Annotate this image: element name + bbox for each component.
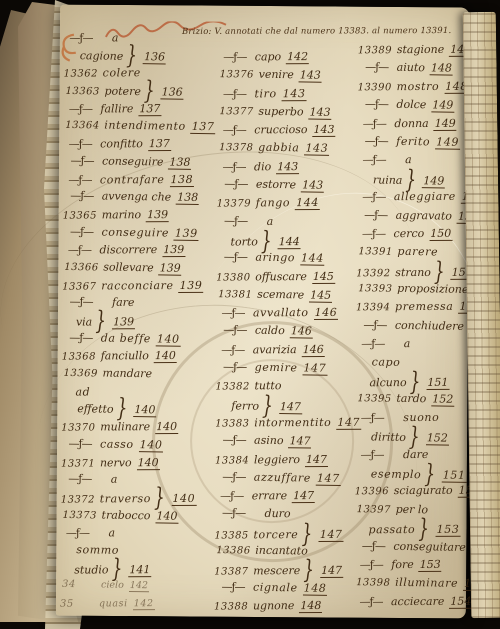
entry-word: fare <box>112 296 135 309</box>
index-entry: —ƒ—acciecare154 <box>354 592 466 611</box>
entry-word: racconciare <box>101 279 174 292</box>
entry-word: intendimento <box>104 119 186 133</box>
index-entry: —ƒ—conchiudere151 <box>358 316 470 336</box>
entry-word: scemare <box>257 288 304 302</box>
entry-page-number: 140 <box>139 438 164 452</box>
entry-word: proposizione <box>397 282 468 296</box>
entry-word: intormentito <box>254 416 331 429</box>
entry-word: ruina <box>373 173 403 186</box>
entry-word: torcere <box>253 528 298 541</box>
index-entry: —ƒ—fore153 <box>354 556 466 575</box>
ditto-mark-icon: —ƒ— <box>218 248 252 267</box>
index-entry: —ƒ—gemire147 <box>217 358 359 379</box>
entry-page-number: 143 <box>276 160 299 174</box>
entry-word: esemplo <box>371 467 422 481</box>
index-entry: —ƒ—fare <box>64 293 232 313</box>
entry-page-number: 136 <box>161 85 184 99</box>
entry-page-number: 147 <box>288 434 311 448</box>
ditto-mark-icon: —ƒ— <box>63 435 97 453</box>
entry-number: 13373 <box>62 506 98 524</box>
entry-word: leggiero <box>254 453 300 466</box>
entry-word: trabocco <box>101 508 150 522</box>
entry-page-number: 151 <box>442 469 467 483</box>
entry-word: studio <box>74 563 108 576</box>
index-entry: —ƒ—ferito149 <box>359 132 471 152</box>
entry-number: 13388 <box>214 598 250 616</box>
entry-page-number: 139 <box>162 243 185 257</box>
entry-word: effetto <box>77 403 113 417</box>
entry-word: da beffe <box>101 331 151 345</box>
entry-number: 35 <box>60 595 96 613</box>
index-entry: 13397per lo <box>356 500 468 520</box>
entry-word: azzuffare <box>254 470 311 484</box>
entry-page-number: 143 <box>301 178 324 192</box>
entry-word: stagione <box>397 43 444 56</box>
entry-word: aringo <box>255 251 295 265</box>
index-entry: 13373trabocco140 <box>62 505 230 525</box>
ditto-mark-icon: —ƒ— <box>356 335 390 354</box>
index-entry: 13378gabbia143 <box>219 139 361 160</box>
entry-word: ferito <box>396 135 430 149</box>
index-entry: —ƒ—aggravato150 <box>359 206 471 226</box>
entry-page-number: 148 <box>299 599 322 613</box>
ditto-mark-icon: —ƒ— <box>357 115 391 134</box>
entry-page-number: 152 <box>431 393 454 407</box>
entry-page-number: 142 <box>286 50 309 64</box>
entry-page-number: 140 <box>171 492 196 506</box>
index-entry: —ƒ—cignale148 <box>216 578 358 599</box>
index-entry: 13382tutto <box>215 377 357 396</box>
entry-word: dolce <box>396 98 426 111</box>
entry-page-number: 138 <box>168 155 191 169</box>
ditto-mark-icon: —ƒ— <box>217 431 251 450</box>
ditto-mark-icon: —ƒ— <box>357 188 391 207</box>
entry-page-number: 139 <box>146 208 169 222</box>
entry-word: mandare <box>102 367 152 381</box>
entry-page-number: 147 <box>279 400 302 414</box>
entry-number: 13364 <box>65 117 101 135</box>
entry-word: traverso <box>100 492 151 505</box>
entry-page-number: 146 <box>302 343 325 357</box>
index-entry: alcuno}151 <box>355 372 467 391</box>
entry-word: incantato <box>255 544 308 558</box>
entry-word: ad <box>75 385 90 398</box>
entry-word: avvenga che <box>102 190 172 204</box>
index-entry: 13376venire143 <box>220 65 362 86</box>
entry-page-number: 147 <box>305 452 328 466</box>
entry-word: offuscare <box>255 270 307 283</box>
entry-word: ugnone <box>253 599 295 612</box>
entry-word: casso <box>100 437 134 451</box>
index-entry: —ƒ—alleggiare149 <box>357 188 469 207</box>
entry-page-number: 137 <box>138 102 161 116</box>
entry-word: superbo <box>258 105 303 119</box>
index-entry: effetto}140 <box>63 399 231 419</box>
entry-page-number: 147 <box>292 489 315 503</box>
entry-word: mulinare <box>100 420 150 433</box>
entry-page-number: 144 <box>300 252 325 266</box>
entry-page-number: 138 <box>176 191 199 205</box>
index-entry: 13398illuminare154 <box>356 574 468 594</box>
entry-word: duro <box>264 507 290 520</box>
entry-word: venire <box>259 68 294 82</box>
entry-page-number: 145 <box>312 269 335 283</box>
entry-page-number: 141 <box>128 563 151 577</box>
entry-word: capo <box>255 50 281 63</box>
index-entry: 13366sollevare139 <box>64 258 232 278</box>
index-entry: 35quasi142 <box>60 595 228 614</box>
entry-page-number: 140 <box>133 403 156 417</box>
ditto-mark-icon: —ƒ— <box>64 293 98 311</box>
entry-page-number: 139 <box>174 226 199 240</box>
ditto-mark-icon: —ƒ— <box>65 152 99 170</box>
index-entry: 13367racconciare139 <box>62 276 230 295</box>
entry-page-number: 142 <box>129 580 149 592</box>
index-entry: ferro}147 <box>217 395 359 416</box>
index-entry: —ƒ—donna149 <box>357 114 469 133</box>
entry-word: nervo <box>100 456 132 469</box>
entry-number: 13363 <box>65 83 101 101</box>
index-entry: —ƒ—a <box>60 524 228 543</box>
entry-word: sciagurato <box>394 484 453 497</box>
index-entry: —ƒ—conseguire138 <box>65 152 233 172</box>
entry-word: gemire <box>255 361 298 375</box>
entry-word: colere <box>103 67 141 80</box>
index-entry: —ƒ—estorre143 <box>219 175 361 196</box>
entry-page-number: 153 <box>436 523 461 537</box>
entry-page-number: 139 <box>159 261 182 275</box>
entry-page-number: 140 <box>137 456 160 470</box>
ditto-mark-icon: —ƒ— <box>60 525 94 543</box>
entry-number: 13386 <box>216 542 252 561</box>
index-column-center: —ƒ—capo14213376venire143—ƒ—tiro14313377s… <box>214 48 360 616</box>
index-entry: 13396sciagurato152 <box>355 482 467 501</box>
entry-page-number: 139 <box>112 315 135 329</box>
index-entry: passato}153 <box>354 519 466 538</box>
entry-word: contrafare <box>100 173 165 186</box>
index-entry: —ƒ—da beffe140 <box>64 329 232 349</box>
ditto-mark-icon: —ƒ— <box>217 85 251 103</box>
entry-word: conchiudere <box>395 319 464 333</box>
index-entry: —ƒ—cruccioso143 <box>217 121 359 140</box>
entry-word: conseguire <box>101 225 169 239</box>
ditto-mark-icon: —ƒ— <box>354 556 388 575</box>
entry-page-number: 140 <box>154 349 177 363</box>
index-entry: esemplo}151 <box>357 463 469 483</box>
entry-word: cruccioso <box>254 123 307 136</box>
index-entry: 13388ugnone148 <box>214 597 356 616</box>
entry-word: conseguitare <box>393 539 466 553</box>
entry-number: 13395 <box>357 391 393 410</box>
index-entry: —ƒ—a <box>63 470 231 490</box>
ditto-mark-icon: —ƒ— <box>216 578 250 597</box>
entry-word: aggravato <box>396 208 452 222</box>
entry-page-number: 137 <box>148 137 171 151</box>
entry-page-number: 148 <box>430 62 453 76</box>
entry-number: 13369 <box>63 365 99 383</box>
entry-word: cielo <box>101 580 124 591</box>
ditto-mark-icon: —ƒ— <box>219 175 253 194</box>
entry-word: via <box>76 315 92 328</box>
ditto-mark-icon: —ƒ— <box>360 59 394 78</box>
entry-page-number: 143 <box>308 105 331 119</box>
entry-page-number: 152 <box>426 431 449 445</box>
ditto-mark-icon: —ƒ— <box>218 212 252 231</box>
index-entry: —ƒ—azzuffare147 <box>217 468 359 489</box>
ditto-mark-icon: —ƒ— <box>356 537 390 556</box>
index-column-left: —ƒ—acagione}13613362colere13363potere}13… <box>60 29 232 614</box>
ditto-mark-icon: —ƒ— <box>356 225 390 244</box>
index-entry: 34cielo142 <box>62 576 230 596</box>
index-entry: 13364intendimento137 <box>65 116 233 136</box>
entry-word: sollevare <box>103 260 154 274</box>
index-entry: —ƒ—contrafare138 <box>63 170 231 189</box>
entry-word: passato <box>368 523 415 536</box>
entry-page-number: 142 <box>133 598 155 610</box>
index-entry: —ƒ—confitto137 <box>63 135 231 154</box>
index-entry: —ƒ—errare147 <box>215 487 357 506</box>
entry-word: a <box>404 337 411 350</box>
ditto-mark-icon: —ƒ— <box>359 132 393 151</box>
index-entry: 13392strano}151 <box>356 261 468 280</box>
index-entry: 13387mescere}147 <box>214 560 356 579</box>
entry-word: diritto <box>371 431 406 445</box>
index-entry: —ƒ—dolce149 <box>359 95 471 115</box>
entry-word: tardo <box>396 392 426 405</box>
entry-page-number: 148 <box>303 581 328 595</box>
index-entry: —ƒ—avvenga che138 <box>65 187 233 207</box>
index-entry: —ƒ—a <box>64 29 232 48</box>
index-entry: 13363potere}136 <box>65 81 233 101</box>
index-entry: —ƒ—asino147 <box>217 431 359 452</box>
ditto-mark-icon: —ƒ— <box>63 136 97 154</box>
manuscript-page: Brizio: V. annotati che dal numero 13383… <box>56 5 470 619</box>
index-entry: diritto}152 <box>357 426 469 446</box>
entry-page-number: 143 <box>312 123 335 137</box>
index-entry: —ƒ—casso140 <box>63 435 231 455</box>
index-entry: —ƒ—duro <box>216 505 358 526</box>
entry-page-number: 147 <box>320 564 343 578</box>
ditto-mark-icon: —ƒ— <box>217 358 251 377</box>
entry-word: discorrere <box>99 243 157 256</box>
index-entry: 13377superbo143 <box>219 102 361 123</box>
entry-word: avarizia <box>253 343 297 356</box>
entry-page-number: 147 <box>302 361 327 375</box>
entry-word: mostro <box>397 80 440 93</box>
entry-word: quasi <box>99 598 128 609</box>
entry-word: donna <box>394 117 428 130</box>
entry-word: potere <box>104 85 141 99</box>
ditto-mark-icon: —ƒ— <box>359 95 393 114</box>
entry-word: caldo <box>255 324 285 337</box>
index-entry: 13390mostro148 <box>358 78 470 97</box>
index-entry: 13368fanciullo140 <box>62 347 230 366</box>
entry-page-number: 145 <box>309 288 332 302</box>
ditto-mark-icon: —ƒ— <box>358 316 392 335</box>
index-entry: 13386incantato <box>216 541 358 562</box>
ditto-mark-icon: —ƒ— <box>357 152 391 171</box>
entry-word: confitto <box>100 137 143 150</box>
index-entry: 13372traverso}140 <box>61 489 229 508</box>
index-entry: 13393proposizione151 <box>358 279 470 299</box>
entry-word: a <box>111 473 118 486</box>
entry-word: strano <box>395 266 431 279</box>
entry-page-number: 140 <box>156 332 181 346</box>
index-entry: —ƒ—aringo144 <box>218 248 360 269</box>
index-entry: 13391parere <box>358 242 470 262</box>
entry-page-number: 144 <box>295 196 320 210</box>
entry-page-number: 140 <box>155 509 178 523</box>
ditto-mark-icon: —ƒ— <box>63 470 97 488</box>
index-entry: studio}141 <box>60 559 228 578</box>
index-entry: —ƒ—cerco150 <box>356 225 468 244</box>
ditto-mark-icon: —ƒ— <box>218 48 252 66</box>
index-entry: —ƒ—dio143 <box>217 158 359 177</box>
entry-word: acciecare <box>391 595 444 608</box>
entry-number: 13381 <box>218 286 254 305</box>
entry-word: gabbia <box>258 141 300 155</box>
entry-word: fore <box>391 558 414 571</box>
entry-number: 13376 <box>219 66 255 85</box>
entry-page-number: 138 <box>169 172 194 186</box>
entry-page-number: 143 <box>304 142 329 156</box>
index-entry: —ƒ—aiuto148 <box>360 59 472 79</box>
entry-page-number: 151 <box>426 376 449 390</box>
entry-page-number: 139 <box>179 279 204 293</box>
entry-number: 13393 <box>358 280 394 299</box>
book-fore-edge-pages <box>463 12 500 618</box>
index-entry: cagione}136 <box>66 46 234 66</box>
entry-number: 13397 <box>356 501 392 520</box>
ditto-mark-icon: —ƒ— <box>355 409 389 428</box>
entry-page-number: 147 <box>319 528 344 542</box>
index-entry: 13379fango144 <box>217 194 359 213</box>
index-entry: ruina}149 <box>359 169 471 189</box>
index-entry: —ƒ—capo142 <box>218 48 360 67</box>
index-entry: 13383intormentito147 <box>215 414 357 433</box>
entry-word: illuminare <box>395 576 458 590</box>
entry-page-number: 146 <box>314 306 339 320</box>
entry-word: parere <box>397 245 438 259</box>
entry-word: dio <box>254 160 271 173</box>
entry-word: ferro <box>231 399 259 412</box>
index-entry: 13380offuscare145 <box>216 267 358 286</box>
index-column-right: 13389stagione148—ƒ—aiuto14813390mostro14… <box>354 41 470 612</box>
index-entry: 13395tardo152 <box>357 390 469 410</box>
entry-word: avvallato <box>253 306 309 319</box>
entry-page-number: 143 <box>299 69 322 83</box>
entry-word: fallire <box>100 102 133 115</box>
ditto-mark-icon: —ƒ— <box>216 505 250 524</box>
entry-word: torto <box>230 235 257 248</box>
ditto-mark-icon: —ƒ— <box>65 187 99 205</box>
entry-page-number: 149 <box>422 174 445 188</box>
entry-page-number: 150 <box>429 227 452 241</box>
ditto-mark-icon: —ƒ— <box>217 468 251 487</box>
ditto-mark-icon: —ƒ— <box>355 446 389 465</box>
ditto-mark-icon: —ƒ— <box>62 242 96 260</box>
index-entry: 13384leggiero147 <box>215 450 357 469</box>
ditto-mark-icon: —ƒ— <box>64 329 98 347</box>
index-entry: —ƒ—a <box>356 335 468 354</box>
entry-word: capo <box>372 355 401 368</box>
entry-word: cignale <box>253 580 298 594</box>
entry-word: a <box>267 215 274 228</box>
entry-word: estorre <box>256 178 296 192</box>
entry-page-number: 149 <box>435 135 460 149</box>
ditto-mark-icon: —ƒ— <box>64 222 98 240</box>
entry-page-number: 146 <box>290 325 313 339</box>
index-entry: —ƒ—discorrere139 <box>62 241 230 260</box>
entry-word: a <box>112 31 119 44</box>
entry-number: 13391 <box>358 243 394 262</box>
entry-page-number: 153 <box>419 558 442 572</box>
index-entry: via}139 <box>62 312 230 331</box>
entry-page-number: 147 <box>316 471 341 485</box>
entry-word: fanciullo <box>101 350 149 363</box>
index-entry: torto}144 <box>216 231 358 250</box>
ditto-mark-icon: —ƒ— <box>64 29 98 47</box>
entry-page-number: 149 <box>431 98 454 112</box>
index-entry: 13385torcere}147 <box>214 524 356 543</box>
entry-number: 13398 <box>356 575 392 594</box>
entry-word: cerco <box>394 227 425 240</box>
entry-word: asino <box>254 434 284 447</box>
index-entry: 13381scemare145 <box>218 285 360 306</box>
entry-number: 13366 <box>64 259 100 277</box>
entry-page-number: 137 <box>191 120 216 134</box>
ditto-mark-icon: —ƒ— <box>354 593 388 612</box>
entry-word: marino <box>102 208 142 221</box>
entry-word: alcuno <box>369 376 406 389</box>
index-entry: 13369mandare <box>63 364 231 384</box>
index-entry: 13371nervo140 <box>61 453 229 472</box>
index-entry: —ƒ—tiro143 <box>217 84 359 103</box>
entry-word: tiro <box>254 87 276 100</box>
ditto-mark-icon: —ƒ— <box>218 322 252 341</box>
entry-word: aiuto <box>397 61 425 74</box>
index-entry: —ƒ—dare <box>355 445 467 464</box>
entry-page-number: 149 <box>434 116 457 130</box>
entry-number: 13378 <box>219 140 255 159</box>
entry-number: 34 <box>62 576 98 594</box>
entry-word: conseguire <box>102 154 164 168</box>
entry-page-number: 144 <box>278 235 301 249</box>
entry-word: alleggiare <box>394 190 456 203</box>
index-entry: sommo <box>62 541 230 561</box>
entry-page-number: 154 <box>449 594 472 608</box>
index-entry: 13370mulinare140 <box>61 418 229 437</box>
entry-number: 13377 <box>219 103 255 122</box>
index-entry: —ƒ—avvallato146 <box>216 304 358 323</box>
entry-word: errare <box>252 489 287 502</box>
entry-word: fango <box>256 197 290 210</box>
index-entry: 13394premessa151 <box>356 298 468 317</box>
entry-word: premessa <box>395 300 453 313</box>
entry-page-number: 140 <box>155 420 178 434</box>
entry-word: cagione <box>80 49 124 63</box>
entry-page-number: 136 <box>143 50 166 64</box>
index-entry: —ƒ—avarizia146 <box>216 341 358 360</box>
index-entry: —ƒ—conseguitare153 <box>356 537 468 557</box>
ditto-mark-icon: —ƒ— <box>217 158 251 176</box>
entry-word: a <box>108 527 115 540</box>
entry-word: mescere <box>253 564 300 577</box>
index-entry: —ƒ—a <box>218 212 360 233</box>
index-entry: 13389stagione148 <box>358 41 470 60</box>
ditto-mark-icon: —ƒ— <box>216 341 250 359</box>
ditto-mark-icon: —ƒ— <box>359 206 393 225</box>
